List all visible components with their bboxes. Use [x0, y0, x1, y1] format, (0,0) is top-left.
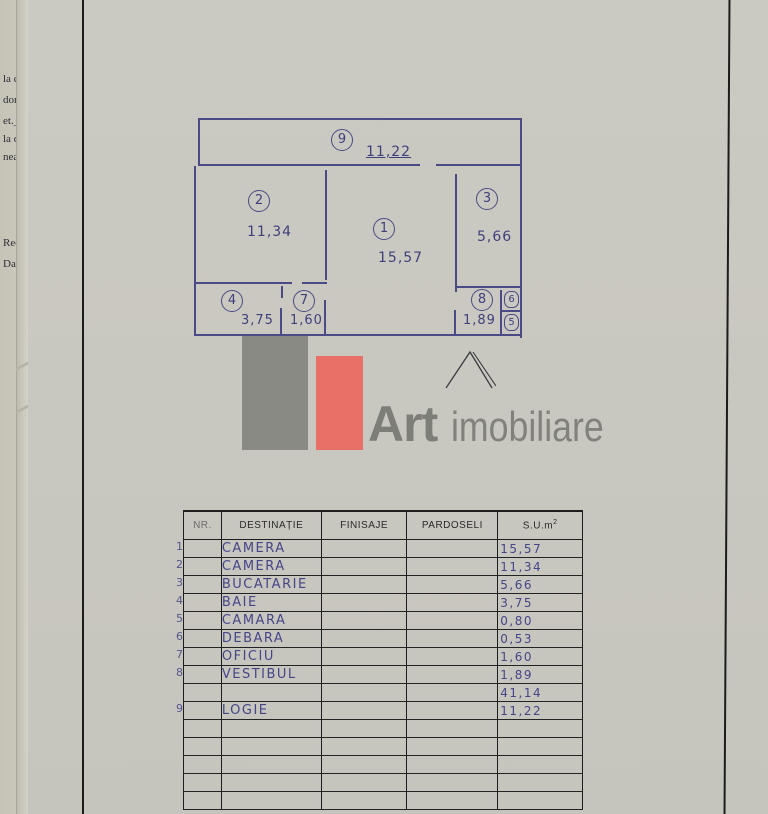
cell-pardoseli [407, 666, 498, 684]
cell-su: 1,60 [498, 648, 583, 666]
header-finisaje: FINISAJE [321, 511, 407, 540]
cell-pardoseli [407, 702, 498, 720]
room-number-1: 1 [373, 218, 395, 240]
cell-su-subtotal: 41,14 [498, 684, 583, 702]
cell-finisaje [321, 792, 407, 810]
room-number-7: 7 [293, 290, 315, 312]
cell-destinatie: LOGIE [221, 702, 321, 720]
cell-destinatie [221, 684, 321, 702]
wall [280, 308, 282, 334]
cell-nr [184, 720, 222, 738]
room-number-6: 6 [504, 291, 519, 308]
room-number-8: 8 [471, 289, 493, 311]
table-row: 3BUCATARIE5,66 [184, 576, 583, 594]
cell-su: 3,75 [498, 594, 583, 612]
wall [281, 286, 283, 298]
cell-destinatie [221, 738, 321, 756]
wall [198, 118, 200, 166]
table-row-empty [184, 738, 583, 756]
cell-destinatie [221, 720, 321, 738]
north-arrow-icon [444, 348, 496, 390]
cell-finisaje [321, 738, 407, 756]
cell-pardoseli [407, 630, 498, 648]
cell-su: 0,53 [498, 630, 583, 648]
wall [455, 286, 522, 288]
cell-su: 1,89 [498, 666, 583, 684]
cell-pardoseli [407, 720, 498, 738]
cell-nr: 2 [184, 558, 222, 576]
room-area-7: 1,60 [290, 313, 323, 328]
cell-finisaje [321, 774, 407, 792]
wall [196, 282, 292, 284]
cell-pardoseli [407, 540, 498, 558]
cell-nr [184, 774, 222, 792]
cell-nr: 5 [184, 612, 222, 630]
cell-destinatie [221, 792, 321, 810]
cell-su: 0,80 [498, 612, 583, 630]
cell-nr [184, 738, 222, 756]
cell-su [498, 756, 583, 774]
table-row-empty [184, 756, 583, 774]
cell-su: 11,22 [498, 702, 583, 720]
cell-pardoseli [407, 774, 498, 792]
cell-finisaje [321, 594, 407, 612]
cell-pardoseli [407, 594, 498, 612]
table-row-empty [184, 720, 583, 738]
cell-pardoseli [407, 576, 498, 594]
cell-su [498, 792, 583, 810]
cell-destinatie: CAMARA [221, 612, 321, 630]
cell-nr [184, 756, 222, 774]
room-number-2: 2 [248, 190, 270, 212]
watermark-brand-light: imobiliare [451, 402, 604, 452]
cell-destinatie [221, 756, 321, 774]
cell-finisaje [321, 666, 407, 684]
cell-finisaje [321, 648, 407, 666]
cell-pardoseli [407, 756, 498, 774]
cell-nr [184, 792, 222, 810]
cell-destinatie: BUCATARIE [221, 576, 321, 594]
cell-finisaje [321, 558, 407, 576]
cell-nr: 6 [184, 630, 222, 648]
table-row: 5CAMARA0,80 [184, 612, 583, 630]
table-row: 2CAMERA11,34 [184, 558, 583, 576]
cell-pardoseli [407, 738, 498, 756]
wall [198, 164, 522, 166]
room-number-5: 5 [504, 314, 519, 331]
room-area-2: 11,34 [247, 224, 292, 240]
cell-su: 5,66 [498, 576, 583, 594]
cell-destinatie: DEBARA [221, 630, 321, 648]
cell-pardoseli [407, 792, 498, 810]
table-row-empty [184, 792, 583, 810]
cell-finisaje [321, 576, 407, 594]
room-number-3: 3 [476, 188, 498, 210]
header-nr: NR. [184, 511, 222, 540]
table-row-subtotal: 41,14 [184, 684, 583, 702]
cell-su [498, 774, 583, 792]
table-row: 6DEBARA0,53 [184, 630, 583, 648]
cell-pardoseli [407, 558, 498, 576]
header-destinatie: DESTINAȚIE [221, 511, 321, 540]
room-area-4: 3,75 [241, 313, 274, 328]
cell-destinatie: CAMERA [221, 558, 321, 576]
cell-nr [184, 684, 222, 702]
table-row-empty [184, 774, 583, 792]
table-row: 1CAMERA15,57 [184, 540, 583, 558]
wall [454, 310, 456, 336]
room-area-8: 1,89 [463, 313, 496, 328]
wall [455, 174, 457, 292]
wall [324, 300, 326, 334]
wall [520, 118, 522, 338]
cell-finisaje [321, 540, 407, 558]
room-number-9: 9 [331, 129, 353, 151]
watermark-logo-red-block [316, 356, 363, 450]
cell-nr: 4 [184, 594, 222, 612]
wall [500, 310, 521, 312]
room-area-3: 5,66 [477, 229, 512, 245]
wall [198, 118, 522, 120]
cell-pardoseli [407, 612, 498, 630]
cell-nr: 3 [184, 576, 222, 594]
cell-destinatie: VESTIBUL [221, 666, 321, 684]
wall [194, 166, 196, 336]
room-area-1: 15,57 [378, 250, 423, 266]
cell-su: 15,57 [498, 540, 583, 558]
cell-su [498, 720, 583, 738]
wall [500, 290, 502, 336]
door-gap [420, 163, 436, 167]
cell-su: 11,34 [498, 558, 583, 576]
table-header-row: NR. DESTINAȚIE FINISAJE PARDOSELI S.U.m2 [184, 511, 583, 540]
cell-destinatie [221, 774, 321, 792]
table-row: 7OFICIU1,60 [184, 648, 583, 666]
cell-su [498, 738, 583, 756]
header-su: S.U.m2 [498, 511, 583, 540]
cell-nr: 9 [184, 702, 222, 720]
cell-nr: 1 [184, 540, 222, 558]
cell-finisaje [321, 630, 407, 648]
cell-destinatie: BAIE [221, 594, 321, 612]
wall [325, 170, 327, 280]
cell-pardoseli [407, 648, 498, 666]
cell-pardoseli [407, 684, 498, 702]
cell-nr: 7 [184, 648, 222, 666]
table-row: 9LOGIE11,22 [184, 702, 583, 720]
cell-finisaje [321, 702, 407, 720]
cell-destinatie: OFICIU [221, 648, 321, 666]
cell-finisaje [321, 612, 407, 630]
table-row: 8VESTIBUL1,89 [184, 666, 583, 684]
wall [302, 282, 327, 284]
room-number-4: 4 [221, 290, 243, 312]
cell-destinatie: CAMERA [221, 540, 321, 558]
cell-nr: 8 [184, 666, 222, 684]
cell-finisaje [321, 684, 407, 702]
cell-finisaje [321, 756, 407, 774]
table-row: 4BAIE3,75 [184, 594, 583, 612]
rooms-table: NR. DESTINAȚIE FINISAJE PARDOSELI S.U.m2… [183, 510, 583, 810]
watermark-brand-bold: Art [368, 396, 437, 452]
cell-finisaje [321, 720, 407, 738]
header-pardoseli: PARDOSELI [407, 511, 498, 540]
watermark-logo-gray-block [242, 336, 308, 450]
room-area-9: 11,22 [366, 144, 411, 160]
